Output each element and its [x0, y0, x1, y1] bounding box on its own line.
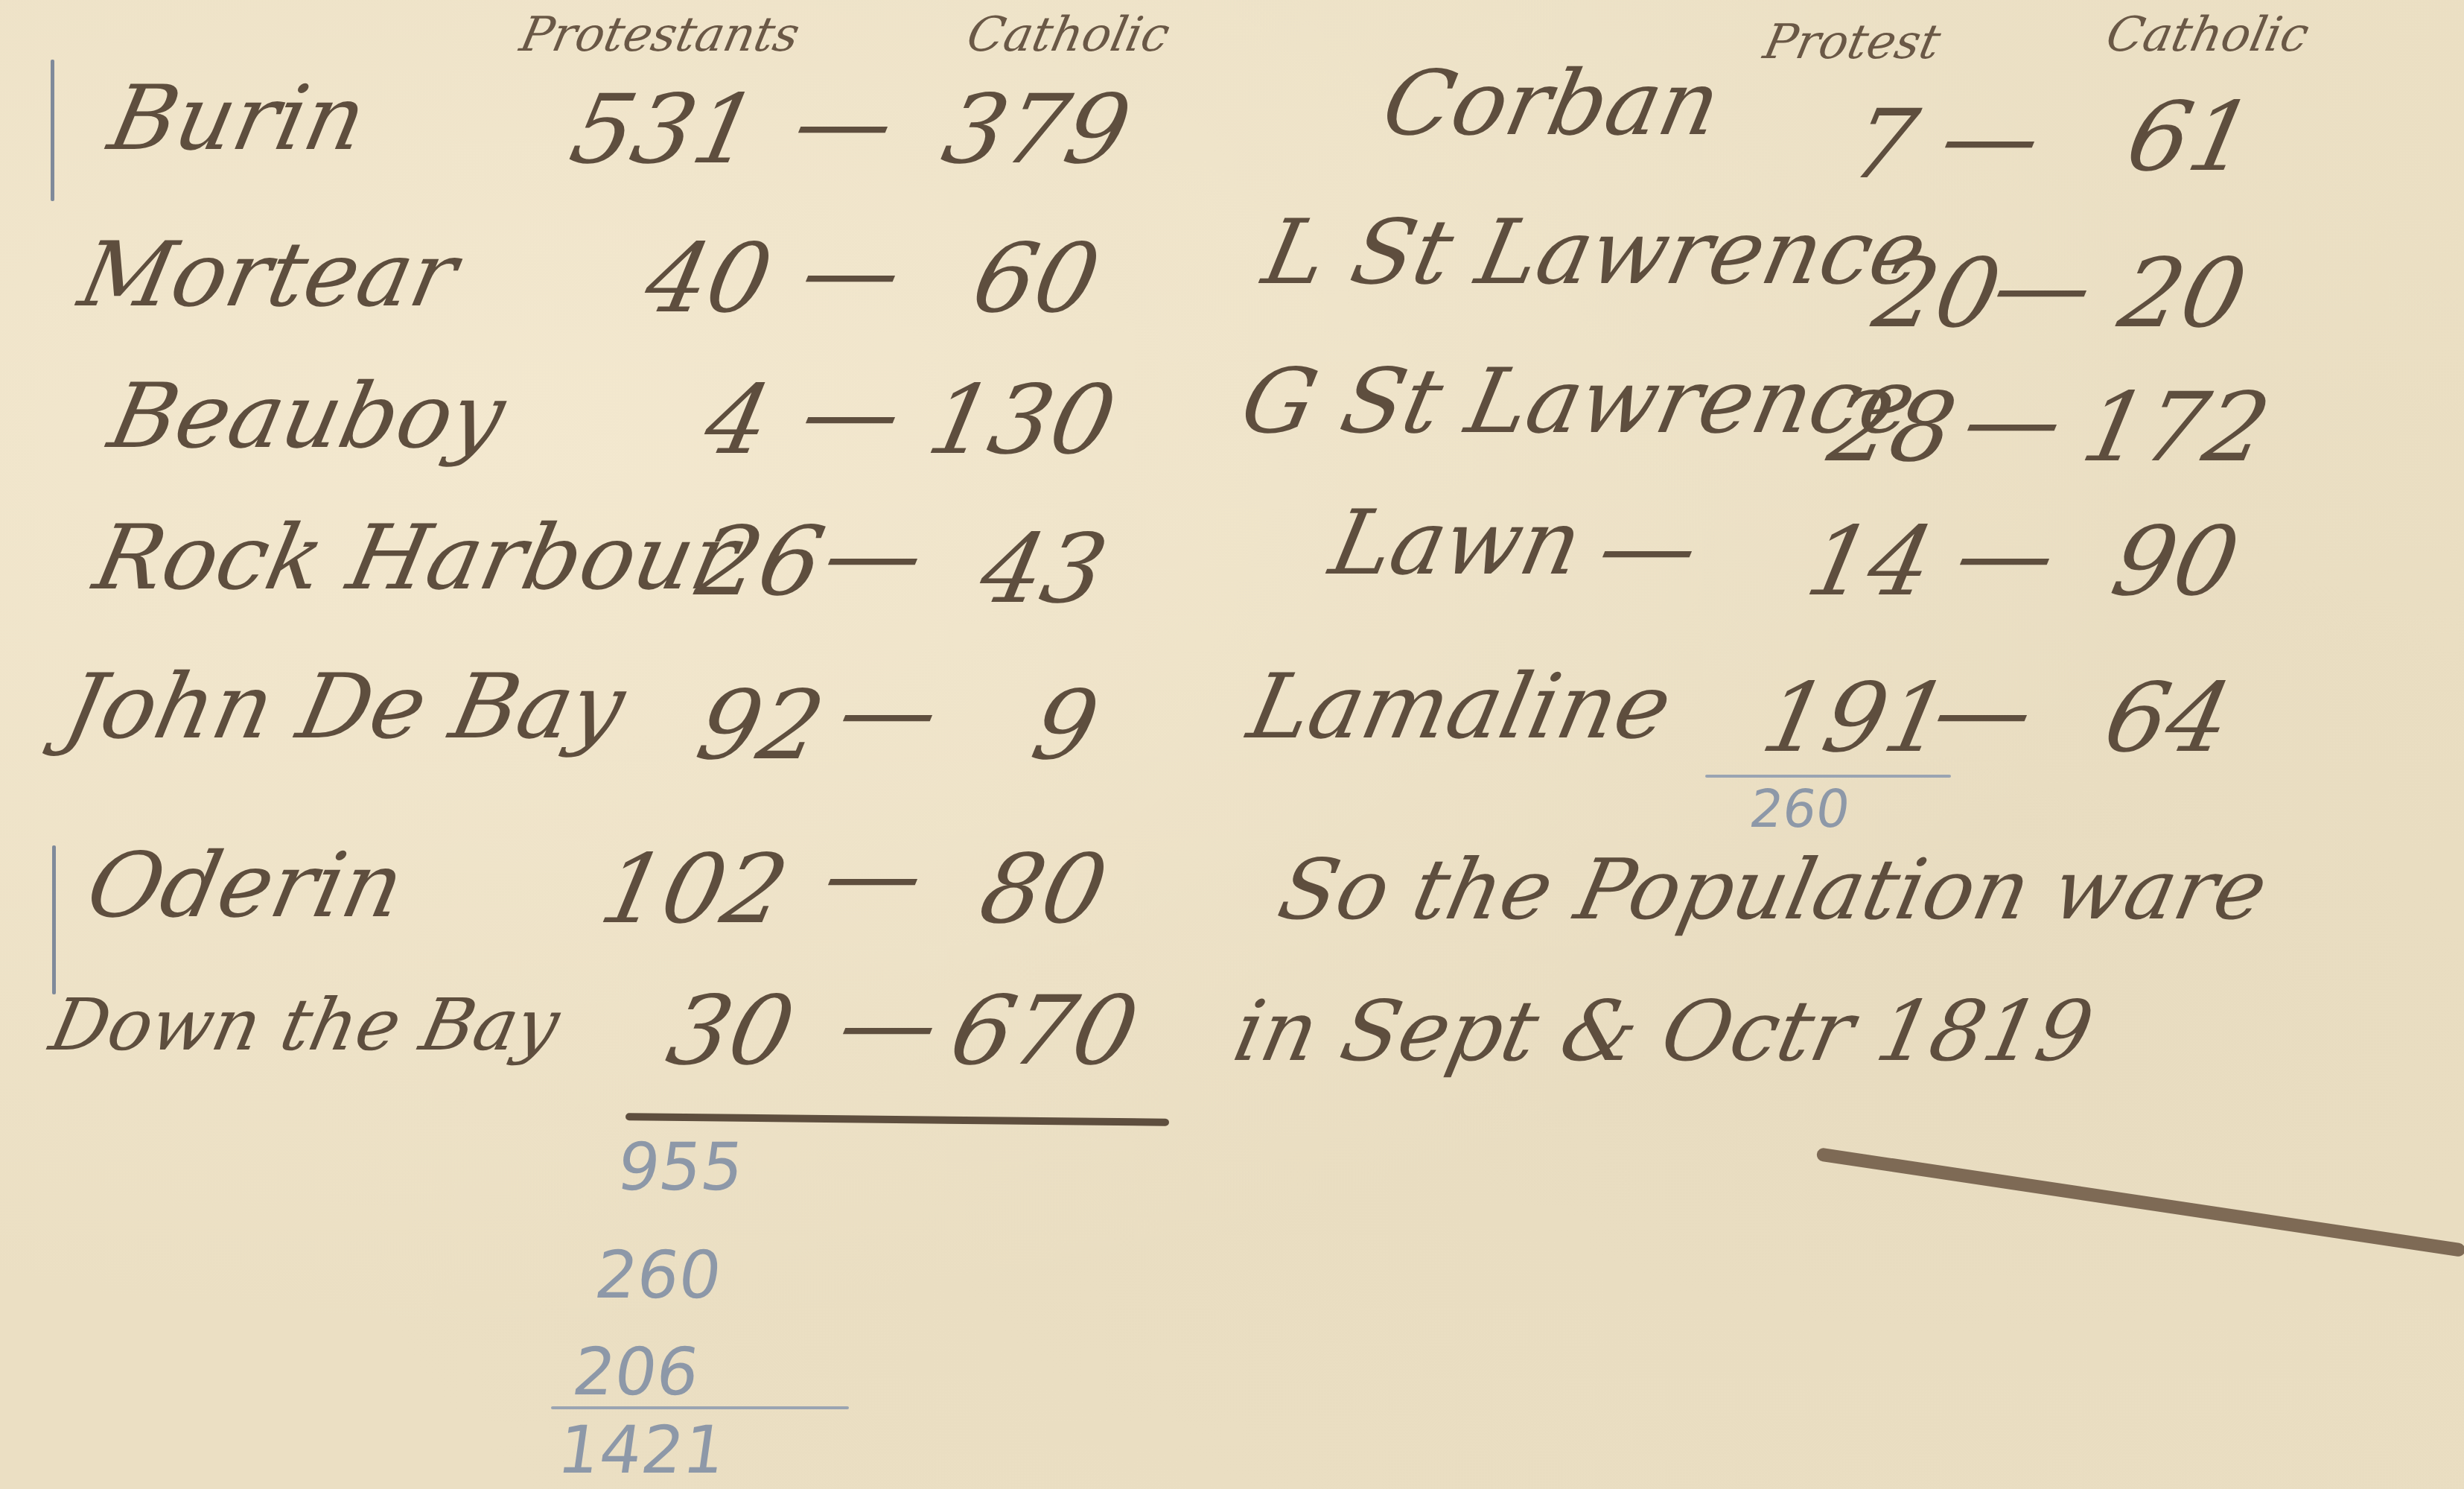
protestant-count: 92	[688, 670, 833, 781]
right-header-protestant: Protest	[1759, 15, 1945, 70]
document-page: Protestants Catholic Burin 531 — 379 Mor…	[0, 0, 2464, 1489]
protestant-count: 14	[1798, 507, 1943, 617]
note-line-2: in Sept & Octr 1819	[1226, 983, 2101, 1080]
margin-mark	[52, 845, 56, 994]
pencil-grand-total: 1421	[553, 1412, 730, 1488]
left-header-catholic: Catholic	[962, 7, 1174, 63]
place-name: Rock Harbour	[86, 507, 746, 610]
catholic-count: 90	[2103, 507, 2248, 617]
left-header-protestant: Protestants	[515, 7, 804, 63]
dash: —	[1954, 365, 2073, 476]
dash: —	[815, 819, 934, 930]
catholic-count: 61	[2118, 82, 2263, 193]
place-name: Mortear	[71, 223, 465, 327]
catholic-count: 130	[919, 365, 1124, 476]
pencil-sum-line	[551, 1406, 849, 1409]
dash: —	[1589, 492, 1708, 603]
place-name: Lamaline	[1240, 655, 1680, 759]
dash: —	[1932, 82, 2051, 193]
place-name: Beauboy	[101, 365, 513, 469]
pencil-total: 260	[590, 1236, 726, 1313]
protestant-count: 30	[658, 976, 803, 1087]
place-name: Down the Bay	[43, 983, 567, 1067]
protestant-count: 40	[636, 223, 781, 334]
protestant-count: 26	[688, 507, 833, 617]
dash: —	[792, 358, 911, 469]
catholic-count: 43	[971, 514, 1116, 625]
catholic-count: 64	[2095, 663, 2241, 774]
place-name: Corban	[1374, 52, 1729, 156]
place-name: Lawn	[1322, 492, 1591, 595]
dash: —	[792, 216, 911, 327]
right-header-catholic: Catholic	[2101, 7, 2314, 63]
catholic-count: 60	[964, 223, 1109, 334]
protestant-count: 102	[591, 834, 797, 945]
place-name: Oderin	[78, 834, 413, 938]
place-name: Burin	[101, 67, 375, 171]
total-underline	[625, 1113, 1169, 1126]
pencil-total: 206	[568, 1333, 704, 1410]
protestant-count: 4	[695, 365, 780, 476]
ink-flourish	[1816, 1147, 2464, 1257]
margin-mark	[51, 60, 54, 201]
protestant-count: 7	[1842, 89, 1926, 200]
dash: —	[785, 67, 904, 178]
dash: —	[830, 655, 949, 766]
dash: —	[1946, 499, 2066, 610]
place-name: L St Lawrence	[1255, 201, 1935, 305]
place-name: John De Bay	[56, 655, 634, 759]
pencil-sum-line	[1705, 775, 1951, 778]
protestant-count: 28	[1820, 372, 1965, 483]
catholic-count: 670	[941, 976, 1147, 1087]
dash: —	[815, 499, 934, 610]
pencil-total: 955	[613, 1128, 748, 1205]
place-name: G St Lawrence	[1232, 350, 1925, 454]
catholic-count: 80	[971, 834, 1116, 945]
catholic-count: 172	[2073, 372, 2279, 483]
protestant-count: 531	[561, 74, 767, 185]
catholic-count: 379	[934, 74, 1139, 185]
catholic-count: 9	[1023, 670, 1107, 781]
catholic-count: 20	[2110, 238, 2256, 349]
note-line-1: So the Population ware	[1270, 842, 2276, 939]
dash: —	[830, 968, 949, 1079]
pencil-subtotal: 260	[1745, 778, 1853, 839]
